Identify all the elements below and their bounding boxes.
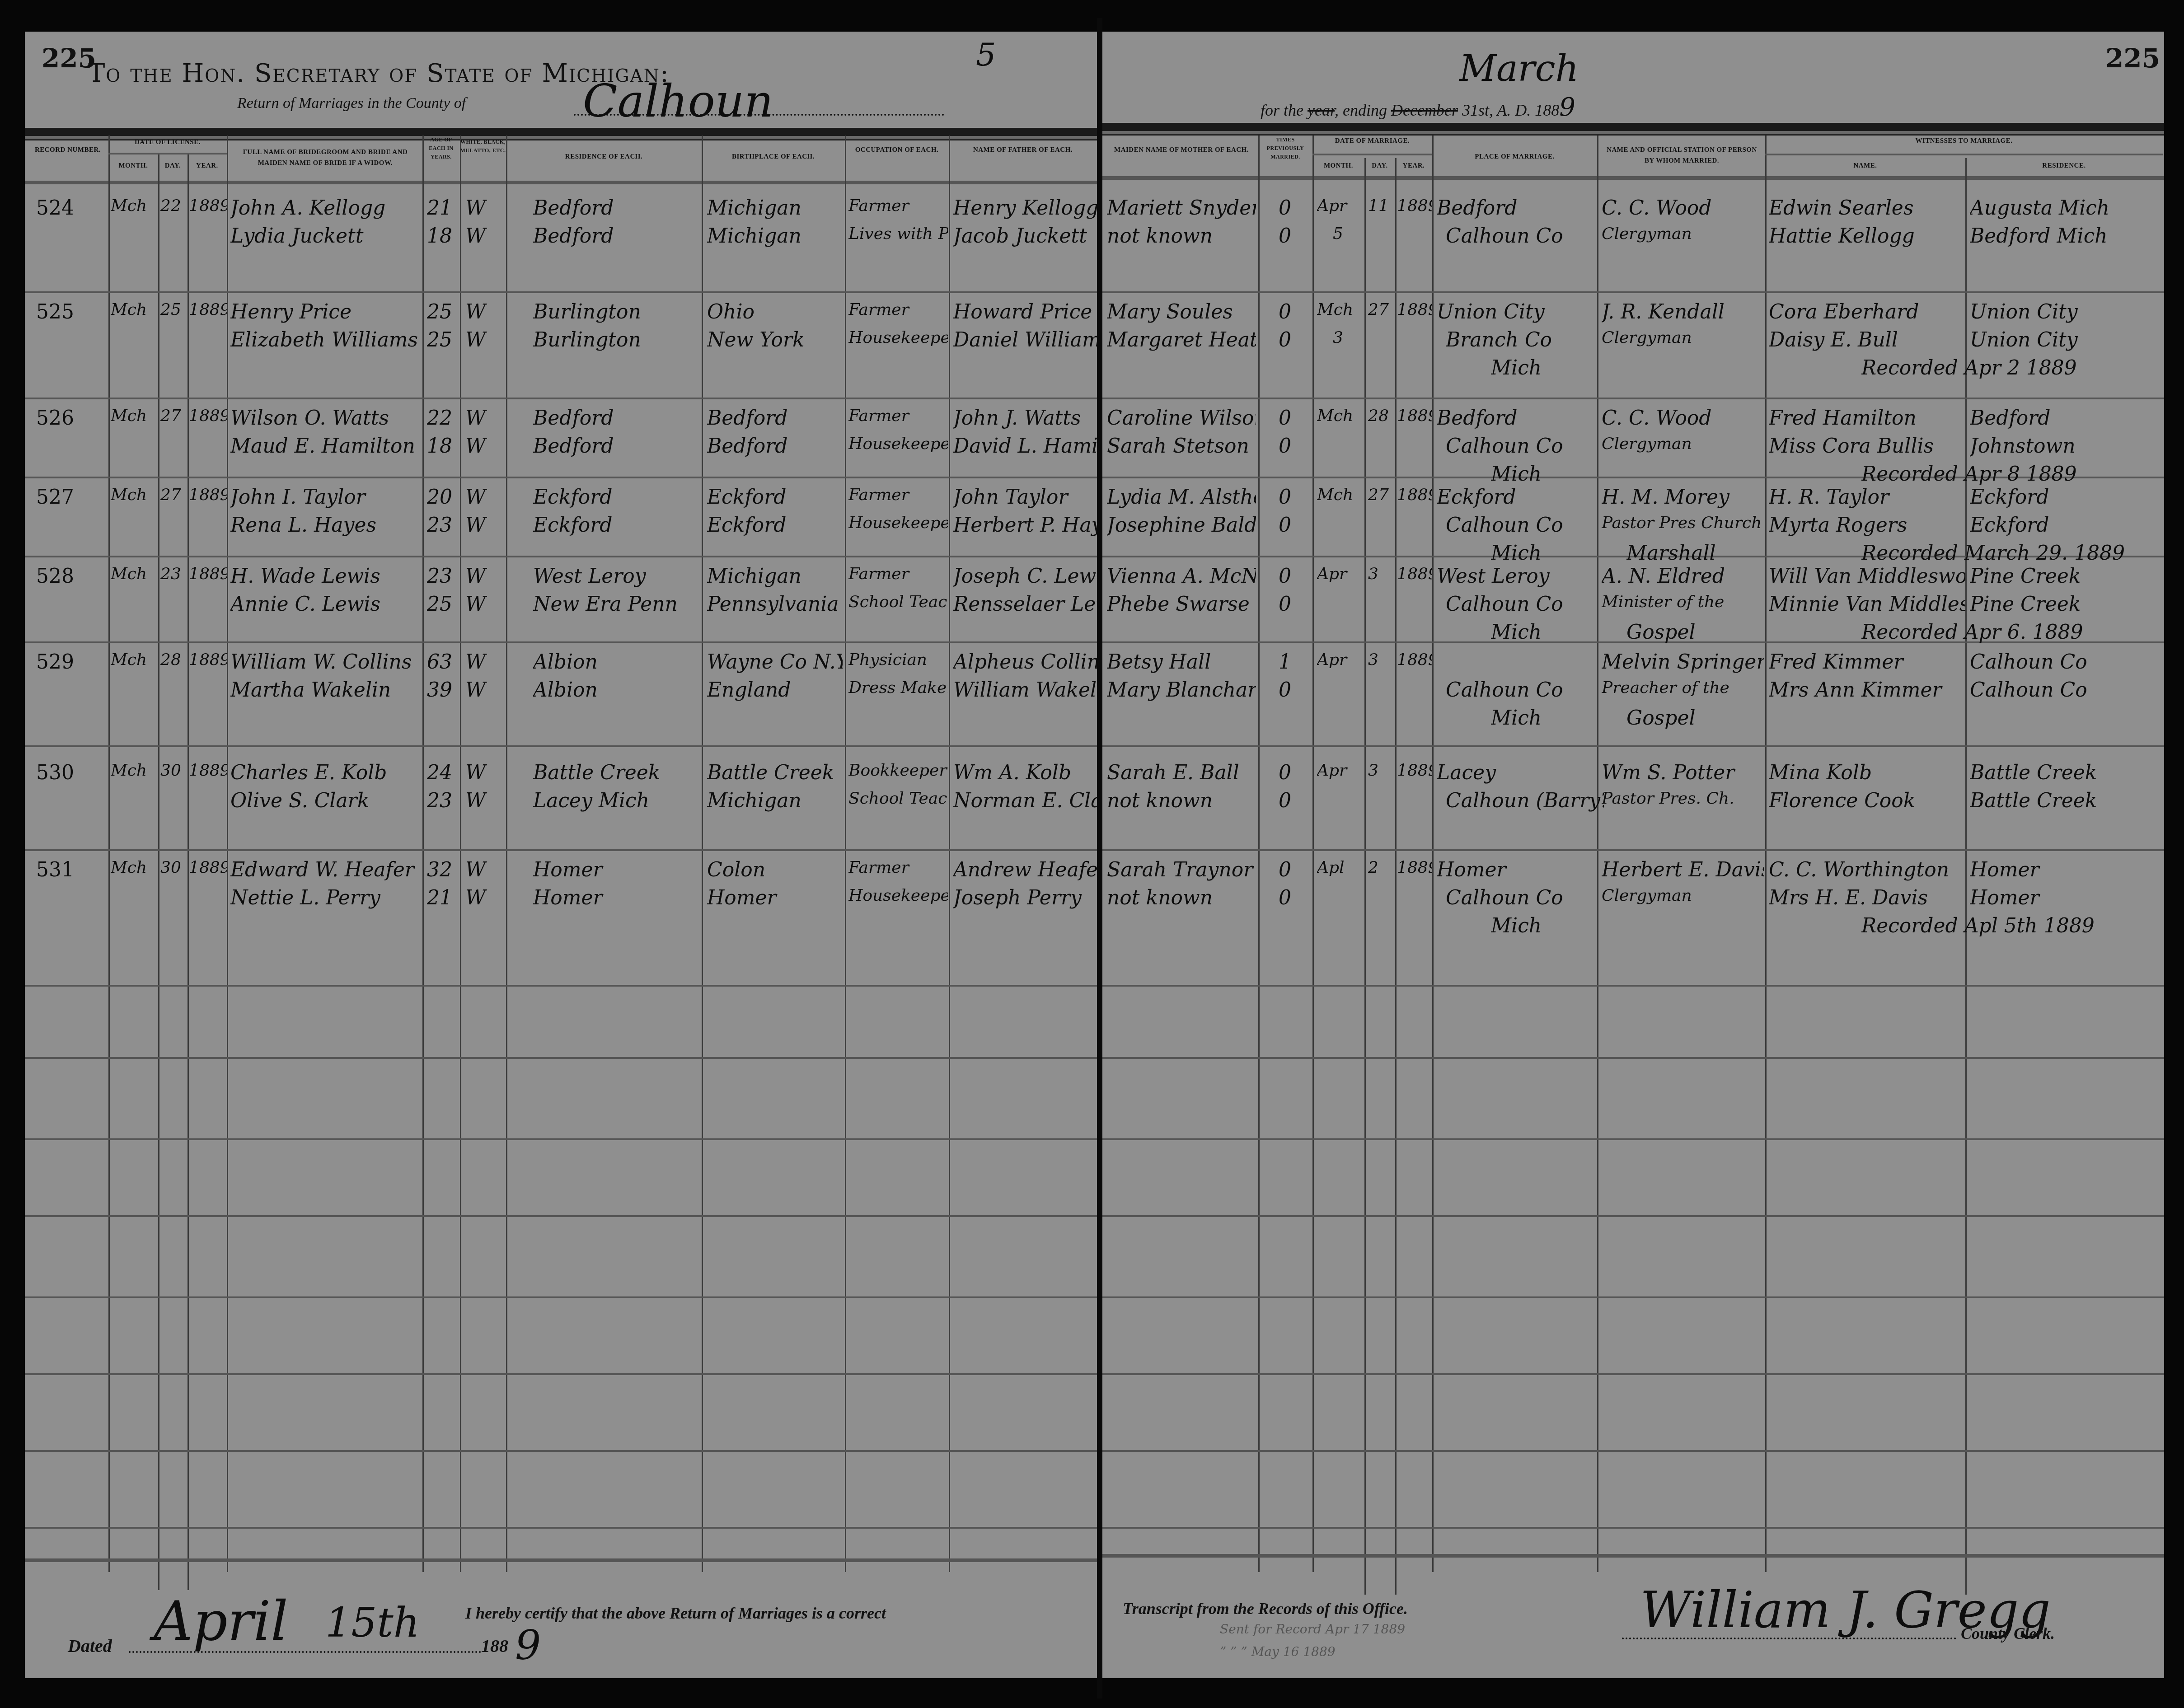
groom-occupation: Farmer	[848, 565, 948, 583]
transcript-text: Transcript from the Records of this Offi…	[1123, 1599, 1408, 1618]
recorded-note: Recorded Apr 6. 1889	[1861, 621, 2162, 644]
bride-residence: Bedford	[533, 435, 700, 458]
header-license-month: Month.	[108, 160, 158, 171]
bride-residence: Albion	[533, 679, 700, 702]
row-rule	[1102, 849, 2164, 851]
groom-birthplace: Michigan	[707, 565, 843, 588]
marriage-month: Apr	[1317, 565, 1367, 583]
groom-age: 23	[427, 565, 459, 588]
groom-times-married: 0	[1279, 761, 1310, 784]
bride-father: Jacob Juckett	[953, 225, 1097, 248]
groom-name: Wilson O. Watts	[230, 407, 422, 430]
marriage-month: Apr	[1317, 761, 1367, 780]
bride-occupation: Housekeeper	[848, 328, 948, 347]
marriage-year: 1889	[1397, 407, 1432, 425]
place-line-2: Calhoun Co	[1446, 593, 1604, 616]
witness-residence-1: Bedford	[1970, 407, 2160, 430]
period-struck: year	[1308, 101, 1335, 119]
row-rule	[1102, 1450, 2164, 1452]
bride-times-married: 0	[1279, 225, 1310, 248]
groom-occupation: Farmer	[848, 300, 948, 319]
place-line-1: Union City	[1437, 300, 1595, 323]
license-year: 1889	[189, 197, 227, 215]
witness-name-1: C. C. Worthington	[1769, 858, 1965, 881]
witness-name-1: Fred Hamilton	[1769, 407, 1965, 430]
county-dotline	[574, 114, 944, 116]
bride-mother: not known	[1107, 225, 1256, 248]
groom-age: 21	[427, 197, 459, 220]
license-month: Mch	[111, 565, 158, 583]
place-line-3: Mich	[1491, 621, 1595, 644]
header-witness-residence: Residence.	[1965, 160, 2163, 171]
recorded-note: Recorded Apr 8 1889	[1861, 463, 2162, 486]
groom-age: 63	[427, 650, 459, 674]
witness-name-1: Will Van Middlesworth	[1769, 565, 1965, 588]
scan-border-left	[0, 0, 25, 1708]
record-number: 524	[36, 197, 104, 220]
header-date-of-marriage: Date of Marriage.	[1312, 136, 1432, 146]
row-rule	[1102, 291, 2164, 293]
officiant-line-3: Gospel	[1626, 707, 1762, 730]
groom-residence: Eckford	[533, 486, 700, 509]
header-place: Place of Marriage.	[1432, 151, 1597, 162]
bride-residence: Lacey Mich	[533, 789, 700, 812]
marriage-day: 2	[1368, 858, 1395, 877]
bride-father: Herbert P. Hayes	[953, 514, 1097, 537]
row-rule	[25, 291, 1097, 293]
place-line-3: Mich	[1491, 542, 1595, 565]
groom-occupation: Farmer	[848, 858, 948, 877]
header-age: Age of Each in Years.	[422, 136, 460, 162]
bride-name: Olive S. Clark	[230, 789, 422, 812]
officiant-line-1: C. C. Wood	[1602, 197, 1764, 220]
witness-residence-2: Calhoun Co	[1970, 679, 2160, 702]
groom-occupation: Physician	[848, 650, 948, 669]
license-month: Mch	[111, 858, 158, 877]
bride-color: W	[465, 679, 501, 702]
officiant-line-1: Melvin Springer	[1602, 650, 1764, 674]
col-divider	[845, 136, 846, 1572]
bride-color: W	[465, 514, 501, 537]
license-month: Mch	[111, 407, 158, 425]
witness-residence-2: Battle Creek	[1970, 789, 2160, 812]
period-prefix: for the	[1261, 101, 1303, 119]
officiant-line-2: Clergyman	[1602, 435, 1764, 453]
bride-age: 25	[427, 593, 459, 616]
bride-residence: Bedford	[533, 225, 700, 248]
bride-age: 25	[427, 328, 459, 351]
place-line-2: Calhoun (Barry?)	[1446, 789, 1604, 812]
bride-father: Joseph Perry	[953, 886, 1097, 909]
witness-name-2: Florence Cook	[1769, 789, 1965, 812]
bride-times-married: 0	[1279, 328, 1310, 351]
row-rule	[25, 985, 1097, 987]
groom-age: 24	[427, 761, 459, 784]
row-rule	[1102, 1138, 2164, 1140]
record-number: 529	[36, 650, 104, 674]
period-line: for the year, ending December 31st, A. D…	[1261, 93, 1575, 122]
groom-times-married: 0	[1279, 565, 1310, 588]
witness-name-2: Miss Cora Bullis	[1769, 435, 1965, 458]
witness-name-2: Myrta Rogers	[1769, 514, 1965, 537]
witness-residence-1: Union City	[1970, 300, 2160, 323]
license-day: 25	[160, 300, 187, 319]
groom-name: William W. Collins	[230, 650, 422, 674]
witness-residence-1: Homer	[1970, 858, 2160, 881]
witness-name-1: Mina Kolb	[1769, 761, 1965, 784]
bride-age: 23	[427, 789, 459, 812]
groom-occupation: Farmer	[848, 486, 948, 504]
bride-name: Maud E. Hamilton	[230, 435, 422, 458]
bride-color: W	[465, 225, 501, 248]
officiant-line-1: C. C. Wood	[1602, 407, 1764, 430]
groom-age: 32	[427, 858, 459, 881]
row-rule	[1102, 1057, 2164, 1059]
bride-birthplace: Michigan	[707, 225, 843, 248]
witness-name-1: H. R. Taylor	[1769, 486, 1965, 509]
witness-name-2: Minnie Van Middlesworth	[1769, 593, 1965, 616]
period-month-struck: December	[1391, 101, 1458, 119]
header-color: White, Black, Mulatto, etc.	[460, 138, 506, 155]
bride-mother: Mary Blanchard	[1107, 679, 1256, 702]
groom-color: W	[465, 650, 501, 674]
witness-residence-1: Pine Creek	[1970, 565, 2160, 588]
marriage-year: 1889	[1397, 486, 1432, 504]
place-line-2: Calhoun Co	[1446, 435, 1604, 458]
groom-birthplace: Eckford	[707, 486, 843, 509]
bride-mother: not known	[1107, 789, 1256, 812]
groom-father: Henry Kellogg	[953, 197, 1097, 220]
bride-father: Rensselaer Lewis	[953, 593, 1097, 616]
license-date-subrule	[108, 153, 227, 154]
bride-times-married: 0	[1279, 514, 1310, 537]
row-rule	[25, 1373, 1097, 1375]
row-rule	[25, 1057, 1097, 1059]
license-year: 1889	[189, 650, 227, 669]
header-marriage-day: Day.	[1364, 160, 1395, 171]
groom-mother: Lydia M. Alsthorp	[1107, 486, 1256, 509]
row-rule	[25, 849, 1097, 851]
bride-age: 18	[427, 225, 459, 248]
license-month: Mch	[111, 486, 158, 504]
place-line-2: Calhoun Co	[1446, 225, 1604, 248]
bride-mother: not known	[1107, 886, 1256, 909]
groom-color: W	[465, 858, 501, 881]
place-line-2: Calhoun Co	[1446, 886, 1604, 909]
row-rule	[1102, 745, 2164, 747]
groom-father: John Taylor	[953, 486, 1097, 509]
bride-birthplace: New York	[707, 328, 843, 351]
groom-father: Andrew Heafer	[953, 858, 1097, 881]
bride-occupation: Lives with Parents	[848, 225, 948, 243]
groom-color: W	[465, 565, 501, 588]
bride-residence: Homer	[533, 886, 700, 909]
dated-year-prefix: 188	[481, 1635, 508, 1657]
scan-border-top	[0, 0, 2184, 32]
groom-age: 22	[427, 407, 459, 430]
header-father: Name of Father of Each.	[949, 145, 1097, 155]
county-name: Calhoun	[583, 75, 773, 127]
groom-times-married: 0	[1279, 407, 1310, 430]
groom-residence: West Leroy	[533, 565, 700, 588]
bride-birthplace: Eckford	[707, 514, 843, 537]
row-rule	[1102, 1373, 2164, 1375]
bride-times-married: 0	[1279, 789, 1310, 812]
groom-occupation: Farmer	[848, 197, 948, 215]
marriage-day: 11	[1368, 197, 1395, 215]
witness-residence-2: Homer	[1970, 886, 2160, 909]
groom-birthplace: Ohio	[707, 300, 843, 323]
groom-residence: Burlington	[533, 300, 700, 323]
groom-color: W	[465, 761, 501, 784]
officiant-line-2: Pastor Pres. Ch.	[1602, 789, 1764, 808]
marriage-day: 3	[1368, 650, 1395, 669]
record-number: 527	[36, 486, 104, 509]
header-birthplace: Birthplace of Each.	[702, 151, 845, 162]
header-record-number: Record Number.	[27, 145, 108, 155]
signature-dotline	[1622, 1638, 1956, 1639]
dated-day: 15th	[325, 1599, 420, 1647]
bride-father: David L. Hamilton	[953, 435, 1097, 458]
marriage-month: Mch	[1317, 407, 1367, 425]
groom-birthplace: Michigan	[707, 197, 843, 220]
dated-label: Dated	[68, 1635, 112, 1657]
license-year: 1889	[189, 565, 227, 583]
row-rule	[1102, 1296, 2164, 1298]
clerk-title: County Clerk.	[1961, 1624, 2055, 1643]
groom-residence: Bedford	[533, 407, 700, 430]
bride-residence: New Era Penn	[533, 593, 700, 616]
header-witness-name: Name.	[1765, 160, 1965, 171]
faint-note-1: Sent for Record Apr 17 1889	[1220, 1622, 1405, 1637]
row-rule	[25, 398, 1097, 399]
col-divider	[1312, 136, 1314, 1572]
page-number-right: 225	[2105, 43, 2160, 74]
header-rule-right	[1102, 123, 2164, 131]
bride-name: Martha Wakelin	[230, 679, 422, 702]
officiant-line-2: Clergyman	[1602, 886, 1764, 905]
header-date-of-license: Date of License.	[108, 137, 227, 148]
groom-residence: Albion	[533, 650, 700, 674]
marriage-month: Apl	[1317, 858, 1367, 877]
marriage-day: 27	[1368, 486, 1395, 504]
license-year: 1889	[189, 858, 227, 877]
period-mid: , ending	[1335, 101, 1387, 119]
bride-occupation: Housekeeper	[848, 435, 948, 453]
license-month: Mch	[111, 761, 158, 780]
bride-times-married: 0	[1279, 435, 1310, 458]
bride-father: Norman E. Clark	[953, 789, 1097, 812]
row-rule	[1102, 1215, 2164, 1217]
row-rule	[25, 641, 1097, 643]
place-line-2: Calhoun Co	[1446, 514, 1604, 537]
bride-occupation: Housekeeper	[848, 886, 948, 905]
row-rule	[1102, 1527, 2164, 1529]
period-year-digit: 9	[1559, 93, 1575, 122]
bride-color: W	[465, 886, 501, 909]
certify-text: I hereby certify that the above Return o…	[465, 1604, 886, 1623]
witness-residence-2: Eckford	[1970, 514, 2160, 537]
record-number: 530	[36, 761, 104, 784]
header-officiant: Name and Official Station of Person by w…	[1602, 145, 1762, 166]
row-rule	[1102, 398, 2164, 399]
groom-birthplace: Battle Creek	[707, 761, 843, 784]
groom-name: John A. Kellogg	[230, 197, 422, 220]
bride-father: Daniel Williams	[953, 328, 1097, 351]
bride-age: 39	[427, 679, 459, 702]
col-divider	[108, 136, 110, 1572]
license-month: Mch	[111, 300, 158, 319]
groom-father: Alpheus Collins	[953, 650, 1097, 674]
dated-dotline	[129, 1651, 481, 1653]
bride-name: Annie C. Lewis	[230, 593, 422, 616]
recorded-note: Recorded March 29. 1889	[1861, 542, 2162, 565]
place-line-1: Bedford	[1437, 407, 1595, 430]
witness-residence-1: Augusta Mich	[1970, 197, 2160, 220]
record-number: 526	[36, 407, 104, 430]
witness-residence-2: Bedford Mich	[1970, 225, 2160, 248]
marriage-year: 1889	[1397, 300, 1432, 319]
groom-father: Wm A. Kolb	[953, 761, 1097, 784]
bride-occupation: Housekeeper	[848, 514, 948, 532]
groom-age: 25	[427, 300, 459, 323]
groom-residence: Homer	[533, 858, 700, 881]
record-number: 525	[36, 300, 104, 323]
dated-month: April	[154, 1590, 288, 1653]
marriage-month-note: 5	[1333, 225, 1360, 243]
groom-occupation: Farmer	[848, 407, 948, 425]
bride-birthplace: England	[707, 679, 843, 702]
header-license-year: Year.	[187, 160, 227, 171]
marriage-day: 3	[1368, 565, 1395, 583]
groom-birthplace: Colon	[707, 858, 843, 881]
bride-residence: Eckford	[533, 514, 700, 537]
groom-times-married: 0	[1279, 197, 1310, 220]
groom-color: W	[465, 197, 501, 220]
witness-name-1: Edwin Searles	[1769, 197, 1965, 220]
return-subtitle: Return of Marriages in the County of	[237, 95, 466, 112]
officiant-line-2: Clergyman	[1602, 225, 1764, 243]
groom-age: 20	[427, 486, 459, 509]
col-divider	[1765, 136, 1767, 1572]
groom-birthplace: Bedford	[707, 407, 843, 430]
bride-occupation: Dress Maker	[848, 679, 948, 697]
marriage-day: 3	[1368, 761, 1395, 780]
column-rule-right	[1102, 176, 2164, 180]
col-divider	[949, 136, 950, 1572]
bride-father: William Wakelin	[953, 679, 1097, 702]
license-year: 1889	[189, 761, 227, 780]
groom-father: Joseph C. Lewis	[953, 565, 1097, 588]
col-divider	[1395, 158, 1397, 1595]
marriage-year: 1889	[1397, 858, 1432, 877]
groom-color: W	[465, 486, 501, 509]
header-occupation: Occupation of Each.	[845, 145, 949, 155]
row-rule	[25, 1450, 1097, 1452]
groom-mother: Caroline Wilson	[1107, 407, 1256, 430]
officiant-line-2: Pastor Pres Church	[1602, 514, 1764, 532]
row-rule	[25, 556, 1097, 557]
header-rule-left	[25, 128, 1097, 136]
place-line-3: Mich	[1491, 914, 1595, 937]
header-residence: Residence of Each.	[506, 151, 702, 162]
row-rule	[25, 745, 1097, 747]
officiant-line-2: Minister of the	[1602, 593, 1764, 611]
marriage-month: Mch	[1317, 486, 1367, 504]
header-full-name: Full Name of Bridegroom and Bride and Ma…	[235, 147, 416, 168]
header-license-day: Day.	[158, 160, 187, 171]
marriage-day: 27	[1368, 300, 1395, 319]
marriage-date-subrule	[1312, 154, 1432, 155]
col-divider	[460, 136, 461, 1572]
groom-name: Charles E. Kolb	[230, 761, 422, 784]
dated-year-digit: 9	[515, 1622, 541, 1669]
groom-residence: Bedford	[533, 197, 700, 220]
marriage-day: 28	[1368, 407, 1395, 425]
witness-residence-2: Pine Creek	[1970, 593, 2160, 616]
groom-father: Howard Price	[953, 300, 1097, 323]
marriage-year: 1889	[1397, 650, 1432, 669]
groom-name: Henry Price	[230, 300, 422, 323]
groom-residence: Battle Creek	[533, 761, 700, 784]
place-line-1: Homer	[1437, 858, 1595, 881]
license-day: 27	[160, 486, 187, 504]
groom-father: John J. Watts	[953, 407, 1097, 430]
license-month: Mch	[111, 197, 158, 215]
bride-age: 21	[427, 886, 459, 909]
place-line-1: West Leroy	[1437, 565, 1595, 588]
recorded-note: Recorded Apl 5th 1889	[1861, 914, 2162, 937]
bride-age: 23	[427, 514, 459, 537]
place-line-2: Calhoun Co	[1446, 679, 1604, 702]
bride-color: W	[465, 328, 501, 351]
bride-birthplace: Bedford	[707, 435, 843, 458]
footer-rule-left	[25, 1558, 1097, 1562]
place-line-1: Eckford	[1437, 486, 1595, 509]
period-month-written: March	[1459, 47, 1579, 89]
license-day: 22	[160, 197, 187, 215]
scan-border-right	[2164, 0, 2184, 1708]
officiant-line-1: H. M. Morey	[1602, 486, 1764, 509]
witness-name-2: Mrs Ann Kimmer	[1769, 679, 1965, 702]
bride-occupation: School Teacher	[848, 789, 948, 808]
bride-times-married: 0	[1279, 593, 1310, 616]
period-suffix: 31st, A. D. 188	[1462, 101, 1559, 119]
footer-rule-right	[1102, 1554, 2164, 1558]
bride-occupation: School Teacher	[848, 593, 948, 611]
place-line-2: Branch Co	[1446, 328, 1604, 351]
license-day: 30	[160, 761, 187, 780]
bride-mother: Phebe Swarse	[1107, 593, 1256, 616]
col-divider	[506, 136, 507, 1572]
groom-times-married: 0	[1279, 300, 1310, 323]
groom-occupation: Bookkeeper	[848, 761, 948, 780]
groom-name: John I. Taylor	[230, 486, 422, 509]
witness-residence-1: Battle Creek	[1970, 761, 2160, 784]
header-marriage-year: Year.	[1395, 160, 1432, 171]
license-day: 23	[160, 565, 187, 583]
col-divider	[227, 136, 228, 1572]
witness-residence-2: Johnstown	[1970, 435, 2160, 458]
marriage-month-note: 3	[1333, 328, 1360, 347]
scan-border-bottom	[0, 1678, 2184, 1708]
marriage-year: 1889	[1397, 565, 1432, 583]
witness-name-1: Fred Kimmer	[1769, 650, 1965, 674]
col-divider	[1258, 136, 1260, 1572]
row-rule	[25, 477, 1097, 478]
recorded-note: Recorded Apr 2 1889	[1861, 356, 2162, 379]
officiant-line-2: Preacher of the	[1602, 679, 1764, 697]
